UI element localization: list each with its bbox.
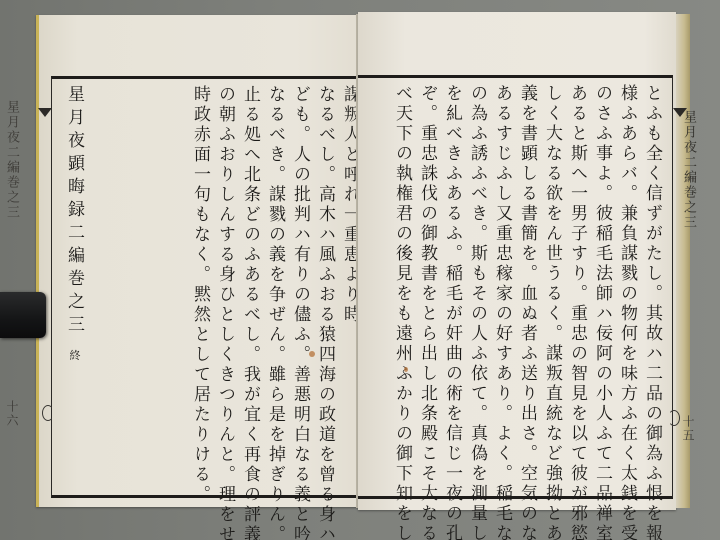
chapter-title-text: 星月夜顕晦録二編巻之三 bbox=[64, 85, 84, 338]
text-column: べ天下の執権君の後見をも遠州ふかりの御下知をしまぶて bbox=[389, 84, 414, 496]
text-column: ぞ。重忠誅伐の御教書をとら出し北条殿こそ大なる誤と存る bbox=[414, 84, 439, 496]
fish-tail-mark-icon bbox=[38, 108, 52, 117]
chapter-title: 星月夜顕晦録二編巻之三 終 bbox=[62, 85, 87, 360]
text-column: を糺べきふあるふ。稲毛が奸曲の術を信じ一夜の孔明ふもなるべ bbox=[439, 84, 464, 496]
text-column: 様ふあらバ。兼負謀戮の物何を味方ふ在く太銭を受し夫 bbox=[614, 84, 639, 496]
page-ring-mark-icon bbox=[42, 405, 54, 421]
foxing-stain bbox=[309, 351, 315, 357]
text-column: のさふ事よ。彼稲毛法師ハ佞阿の小人ふて二品禅室の謀叛 bbox=[589, 84, 614, 496]
page-ring-mark-icon bbox=[668, 410, 680, 426]
left-page-number: 十六 bbox=[4, 400, 21, 428]
text-column: 義を書顕しる書簡を。血ぬ者ふ送り出さ。空気のなき bbox=[514, 84, 539, 496]
left-text-frame: 星月夜顕晦録二編巻之三 終 謀叛人と呼れ一重恵より時 なるべし。高木ハ風ふおる猿… bbox=[51, 76, 362, 498]
left-page: 星月夜顕晦録二編巻之三 終 謀叛人と呼れ一重恵より時 なるべし。高木ハ風ふおる猿… bbox=[36, 15, 361, 507]
left-fold-title: 星月夜二編巻之三 bbox=[2, 100, 21, 220]
text-column: あると斯へ一男子すり。重忠の智見を以て彼が邪慾を弁へざ将く bbox=[564, 84, 589, 496]
right-page: とふも全く信ずがたし。其故ハ二品の御為ふ恨を報ると書ようう。左 様ふあらバ。兼負… bbox=[358, 12, 676, 510]
end-mark: 終 bbox=[68, 349, 81, 360]
text-column: あるすじふし又重忠稼家の好すあり。よく。稲毛なん弱兵を付 bbox=[489, 84, 514, 496]
binder-clip bbox=[0, 292, 46, 338]
foxing-stain bbox=[404, 367, 408, 372]
text-column: なるべき。謀戮の義を争ぜん。雖ら是を掉ぎりん。欲人の怨恨 bbox=[262, 85, 287, 495]
text-column: の朝ふおりしんする身ひとしくきつりんと。理をせめて述ければ。 bbox=[212, 85, 237, 495]
text-column: の為ふ誘ふべき。斯もその人ふ依て。真偽を測量し。その後実否 bbox=[464, 84, 489, 496]
text-column: ども。人の批判ハ有りの儘ふ。善悪明白なる義と吟味ふ bbox=[287, 85, 312, 495]
text-column: 止る処へ北条どのふあるべし。我が宜く再食の評義ふも及び指図 bbox=[237, 85, 262, 495]
right-fold-title: 星月夜二編巻之三 bbox=[679, 110, 698, 230]
text-column: しく大なる欲をん世うるく。謀叛直統など強拗とあるべき謀叛の非 bbox=[539, 84, 564, 496]
right-body-text: とふも全く信ずがたし。其故ハ二品の御為ふ恨を報ると書ようう。左 様ふあらバ。兼負… bbox=[364, 78, 664, 496]
right-text-frame: とふも全く信ずがたし。其故ハ二品の御為ふ恨を報ると書ようう。左 様ふあらバ。兼負… bbox=[358, 75, 673, 499]
right-page-number: 十五 bbox=[680, 415, 697, 443]
text-column: 時政赤面一句もなく。黙然として居たりける。 bbox=[187, 85, 212, 495]
text-column: とふも全く信ずがたし。其故ハ二品の御為ふ恨を報ると書ようう。左 bbox=[639, 84, 664, 496]
text-column: なるべし。高木ハ風ふおる猿四海の政道を曾る身ハ。道をうれ bbox=[312, 85, 337, 495]
left-body-text: 謀叛人と呼れ一重恵より時 なるべし。高木ハ風ふおる猿四海の政道を曾る身ハ。道をう… bbox=[166, 79, 362, 495]
